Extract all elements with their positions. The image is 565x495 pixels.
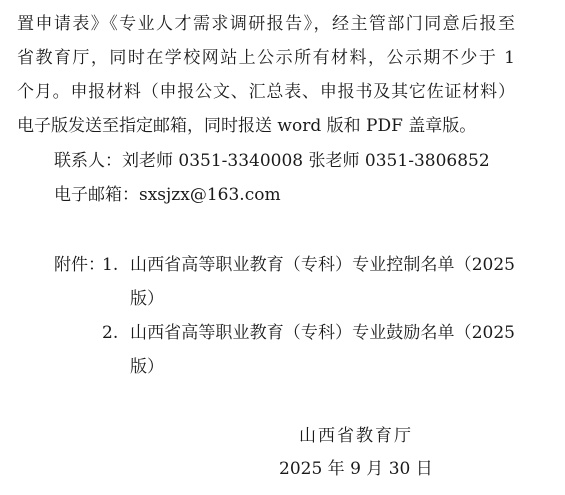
- paragraph-line-3: 个月。申报材料（申报公文、汇总表、申报书及其它佐证材料）: [17, 81, 515, 103]
- attachments-label: 附件：: [54, 254, 105, 276]
- paragraph-line-4: 电子版发送至指定邮箱，同时报送 word 版和 PDF 盖章版。: [17, 115, 476, 137]
- attachment-2-number: 2.: [102, 322, 118, 344]
- email-value[interactable]: sxsjzx@163.com: [139, 185, 281, 205]
- attachment-1-title-cont: 版）: [130, 288, 164, 310]
- attachment-1-title: 山西省高等职业教育（专科）专业控制名单（2025: [130, 254, 515, 276]
- email-label: 电子邮箱：: [54, 185, 139, 205]
- contact-line: 联系人：刘老师 0351-3340008 张老师 0351-3806852: [54, 150, 490, 172]
- paragraph-line-2: 省教育厅，同时在学校网站上公示所有材料，公示期不少于 1: [17, 47, 515, 69]
- contact-label: 联系人：: [54, 151, 122, 171]
- contact-text: 刘老师 0351-3340008 张老师 0351-3806852: [122, 151, 490, 171]
- attachment-2-title-cont: 版）: [130, 356, 164, 378]
- attachment-2-title: 山西省高等职业教育（专科）专业鼓励名单（2025: [130, 322, 515, 344]
- issuer-name: 山西省教育厅: [299, 425, 413, 447]
- issue-date: 2025 年 9 月 30 日: [279, 458, 433, 480]
- email-line: 电子邮箱：sxsjzx@163.com: [54, 184, 281, 206]
- paragraph-line-1: 置申请表》《专业人才需求调研报告》，经主管部门同意后报至: [17, 13, 515, 35]
- attachment-1-number: 1.: [102, 254, 118, 276]
